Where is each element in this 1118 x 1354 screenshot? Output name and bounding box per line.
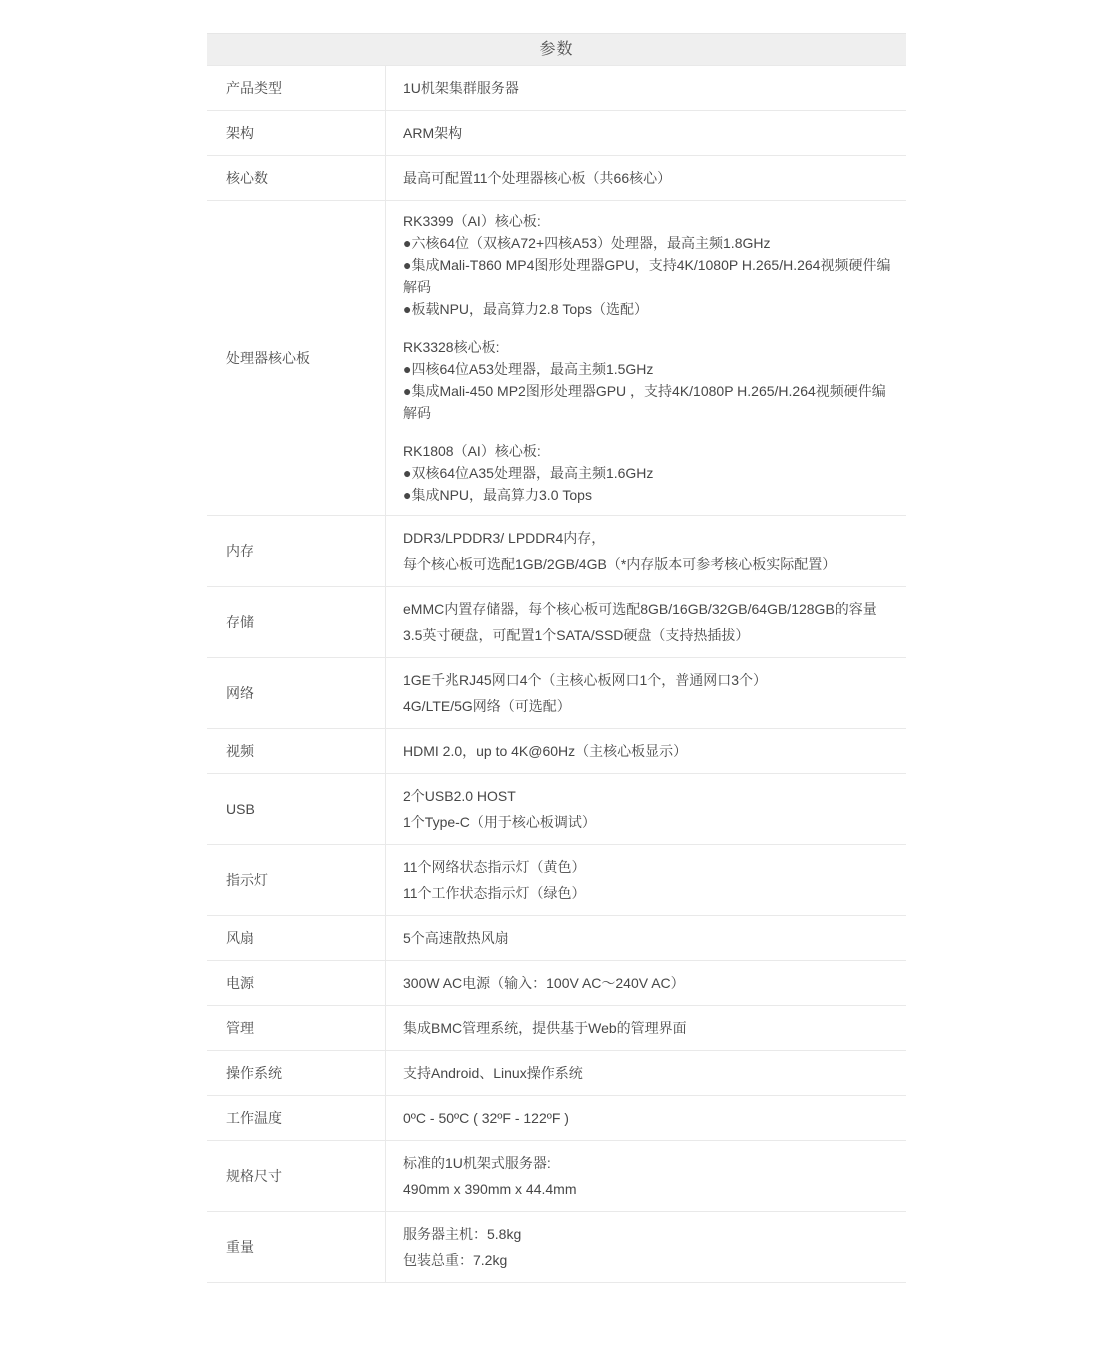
- value-line: 1个Type-C（用于核心板调试）: [403, 809, 892, 835]
- spec-value: DDR3/LPDDR3/ LPDDR4内存，每个核心板可选配1GB/2GB/4G…: [386, 516, 906, 586]
- value-line: 2个USB2.0 HOST: [403, 783, 892, 809]
- spec-label: 风扇: [226, 928, 254, 948]
- spec-value: eMMC内置存储器，每个核心板可选配8GB/16GB/32GB/64GB/128…: [386, 587, 906, 657]
- spec-value: 1GE千兆RJ45网口4个（主核心板网口1个，普通网口3个）4G/LTE/5G网…: [386, 658, 906, 728]
- spec-label: 内存: [226, 541, 254, 561]
- spec-value: 集成BMC管理系统，提供基于Web的管理界面: [386, 1006, 906, 1050]
- spec-table: 参数 产品类型 1U机架集群服务器 架构 ARM架构 核心数 最高可配置11个处…: [207, 33, 906, 1283]
- value-line: ●六核64位（双核A72+四核A53）处理器，最高主频1.8GHz: [403, 232, 892, 254]
- table-row: 核心数 最高可配置11个处理器核心板（共66核心）: [207, 156, 906, 201]
- spec-label: 重量: [226, 1237, 254, 1257]
- spec-label: 产品类型: [226, 78, 282, 98]
- table-body: 产品类型 1U机架集群服务器 架构 ARM架构 核心数 最高可配置11个处理器核…: [207, 66, 906, 1283]
- value-line: 每个核心板可选配1GB/2GB/4GB（*内存版本可参考核心板实际配置）: [403, 551, 892, 577]
- spec-value: 服务器主机：5.8kg包装总重：7.2kg: [386, 1212, 906, 1282]
- value-line: 支持Android、Linux操作系统: [403, 1060, 892, 1086]
- spec-label: 网络: [226, 683, 254, 703]
- spec-value: 最高可配置11个处理器核心板（共66核心）: [386, 156, 906, 200]
- value-line: 4G/LTE/5G网络（可选配）: [403, 693, 892, 719]
- value-line: 1U机架集群服务器: [403, 75, 892, 101]
- value-line: 11个网络状态指示灯（黄色）: [403, 854, 892, 880]
- spec-label: 电源: [226, 973, 254, 993]
- value-line: 包装总重：7.2kg: [403, 1247, 892, 1273]
- spec-value: ARM架构: [386, 111, 906, 155]
- table-row: 视频 HDMI 2.0，up to 4K@60Hz（主核心板显示）: [207, 729, 906, 774]
- spec-label: 规格尺寸: [226, 1166, 282, 1186]
- value-line: 490mm x 390mm x 44.4mm: [403, 1176, 892, 1202]
- spec-value: 5个高速散热风扇: [386, 916, 906, 960]
- spec-value: 支持Android、Linux操作系统: [386, 1051, 906, 1095]
- table-row: 工作温度 0ºC - 50ºC ( 32ºF - 122ºF ): [207, 1096, 906, 1141]
- spec-label: 视频: [226, 741, 254, 761]
- value-spacer: [403, 424, 892, 440]
- spec-label: 架构: [226, 123, 254, 143]
- value-line: 1GE千兆RJ45网口4个（主核心板网口1个，普通网口3个）: [403, 667, 892, 693]
- spec-value: RK3399（AI）核心板:●六核64位（双核A72+四核A53）处理器，最高主…: [386, 201, 906, 515]
- spec-label: 存储: [226, 612, 254, 632]
- value-line: 服务器主机：5.8kg: [403, 1221, 892, 1247]
- table-row: 重量 服务器主机：5.8kg包装总重：7.2kg: [207, 1212, 906, 1283]
- spec-label: 核心数: [226, 168, 268, 188]
- table-row: 规格尺寸 标准的1U机架式服务器:490mm x 390mm x 44.4mm: [207, 1141, 906, 1212]
- table-row: 产品类型 1U机架集群服务器: [207, 66, 906, 111]
- spec-label: 操作系统: [226, 1063, 282, 1083]
- value-line: RK3399（AI）核心板:: [403, 210, 892, 232]
- value-line: 5个高速散热风扇: [403, 925, 892, 951]
- value-line: eMMC内置存储器，每个核心板可选配8GB/16GB/32GB/64GB/128…: [403, 596, 892, 622]
- table-row: 存储 eMMC内置存储器，每个核心板可选配8GB/16GB/32GB/64GB/…: [207, 587, 906, 658]
- spec-value: HDMI 2.0，up to 4K@60Hz（主核心板显示）: [386, 729, 906, 773]
- table-row: 网络 1GE千兆RJ45网口4个（主核心板网口1个，普通网口3个）4G/LTE/…: [207, 658, 906, 729]
- value-line: DDR3/LPDDR3/ LPDDR4内存，: [403, 525, 892, 551]
- table-row: 电源 300W AC电源（输入：100V AC～240V AC）: [207, 961, 906, 1006]
- spec-value: 300W AC电源（输入：100V AC～240V AC）: [386, 961, 906, 1005]
- value-line: HDMI 2.0，up to 4K@60Hz（主核心板显示）: [403, 738, 892, 764]
- table-row: 内存 DDR3/LPDDR3/ LPDDR4内存，每个核心板可选配1GB/2GB…: [207, 516, 906, 587]
- value-line: 11个工作状态指示灯（绿色）: [403, 880, 892, 906]
- spec-value: 0ºC - 50ºC ( 32ºF - 122ºF ): [386, 1096, 906, 1140]
- value-line: 集成BMC管理系统，提供基于Web的管理界面: [403, 1015, 892, 1041]
- value-line: ●集成Mali-450 MP2图形处理器GPU ，支持4K/1080P H.26…: [403, 380, 892, 424]
- spec-value: 11个网络状态指示灯（黄色）11个工作状态指示灯（绿色）: [386, 845, 906, 915]
- value-line: ●集成Mali-T860 MP4图形处理器GPU，支持4K/1080P H.26…: [403, 254, 892, 298]
- table-row: 风扇 5个高速散热风扇: [207, 916, 906, 961]
- spec-label: 工作温度: [226, 1108, 282, 1128]
- value-line: ●集成NPU，最高算力3.0 Tops: [403, 484, 892, 506]
- value-line: 0ºC - 50ºC ( 32ºF - 122ºF ): [403, 1105, 892, 1131]
- value-line: 3.5英寸硬盘，可配置1个SATA/SSD硬盘（支持热插拔）: [403, 622, 892, 648]
- spec-value: 1U机架集群服务器: [386, 66, 906, 110]
- spec-label: 管理: [226, 1018, 254, 1038]
- spec-value: 标准的1U机架式服务器:490mm x 390mm x 44.4mm: [386, 1141, 906, 1211]
- value-line: 最高可配置11个处理器核心板（共66核心）: [403, 165, 892, 191]
- value-line: ●双核64位A35处理器，最高主频1.6GHz: [403, 462, 892, 484]
- value-line: 标准的1U机架式服务器:: [403, 1150, 892, 1176]
- table-row: 架构 ARM架构: [207, 111, 906, 156]
- value-line: ●板载NPU，最高算力2.8 Tops（选配）: [403, 298, 892, 320]
- table-row: 操作系统 支持Android、Linux操作系统: [207, 1051, 906, 1096]
- value-spacer: [403, 320, 892, 336]
- spec-value: 2个USB2.0 HOST1个Type-C（用于核心板调试）: [386, 774, 906, 844]
- spec-label: 处理器核心板: [226, 348, 310, 368]
- value-line: ARM架构: [403, 120, 892, 146]
- table-row: 处理器核心板 RK3399（AI）核心板:●六核64位（双核A72+四核A53）…: [207, 201, 906, 516]
- spec-label: USB: [226, 801, 255, 817]
- table-row: 指示灯 11个网络状态指示灯（黄色）11个工作状态指示灯（绿色）: [207, 845, 906, 916]
- value-line: ●四核64位A53处理器，最高主频1.5GHz: [403, 358, 892, 380]
- value-line: RK3328核心板:: [403, 336, 892, 358]
- table-row: 管理 集成BMC管理系统，提供基于Web的管理界面: [207, 1006, 906, 1051]
- value-line: RK1808（AI）核心板:: [403, 440, 892, 462]
- table-row: USB 2个USB2.0 HOST1个Type-C（用于核心板调试）: [207, 774, 906, 845]
- table-title: 参数: [207, 33, 906, 66]
- spec-label: 指示灯: [226, 870, 268, 890]
- value-line: 300W AC电源（输入：100V AC～240V AC）: [403, 970, 892, 996]
